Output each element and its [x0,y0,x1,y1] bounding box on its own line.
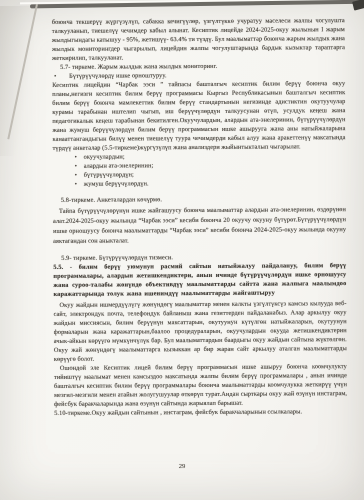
scanned-document-page: боюнча текшерүү жүргүзүлүп, сабакка кечи… [0,0,364,500]
paragraph-website-info: Окуу жайдын ишмердүүлүгү жөнүндөгү маалы… [54,299,347,364]
page-number: 29 [179,463,186,470]
scan-corner-mark [352,0,364,11]
page-edge-shadow [0,6,34,156]
paragraph-lyceum-program: Кесиптик лицейдин “Чарбак ээси ” тайпасы… [52,79,345,153]
appendix-heading-5-8: 5.8-тиркеме. Анкеталардан көчүрмө. [53,194,346,205]
bullet-graduate-employment: Бүтүрүүчүлөрдү ишке орноштуруу. [52,70,345,81]
paragraph-graduate-data: Тайпа бүтүрүүчүлөрүнүн ишке жайгашуусу б… [53,205,346,247]
appendix-heading-5-10: 5.10-тиркеме.Окуу жайдын сайтынын , инст… [54,407,347,418]
list-item-employers: жумуш берүүчүлөрдүн. [53,178,346,189]
document-text-block: боюнча текшерүү жүргүзүлүп, сабакка кечи… [52,16,347,418]
paragraph-monitoring-intro: боюнча текшерүү жүргүзүлүп, сабакка кечи… [52,16,345,63]
paragraph-public-outreach: Ошондой эле Кесиптик лицей билим берүү п… [54,362,347,409]
survey-respondents-list: окуучулардын; алардын ата-энелеринин; бү… [53,151,346,189]
paragraph-criterion-5-5: 5.5. - билим берүү уюмунун расмий сайтын… [53,261,346,299]
